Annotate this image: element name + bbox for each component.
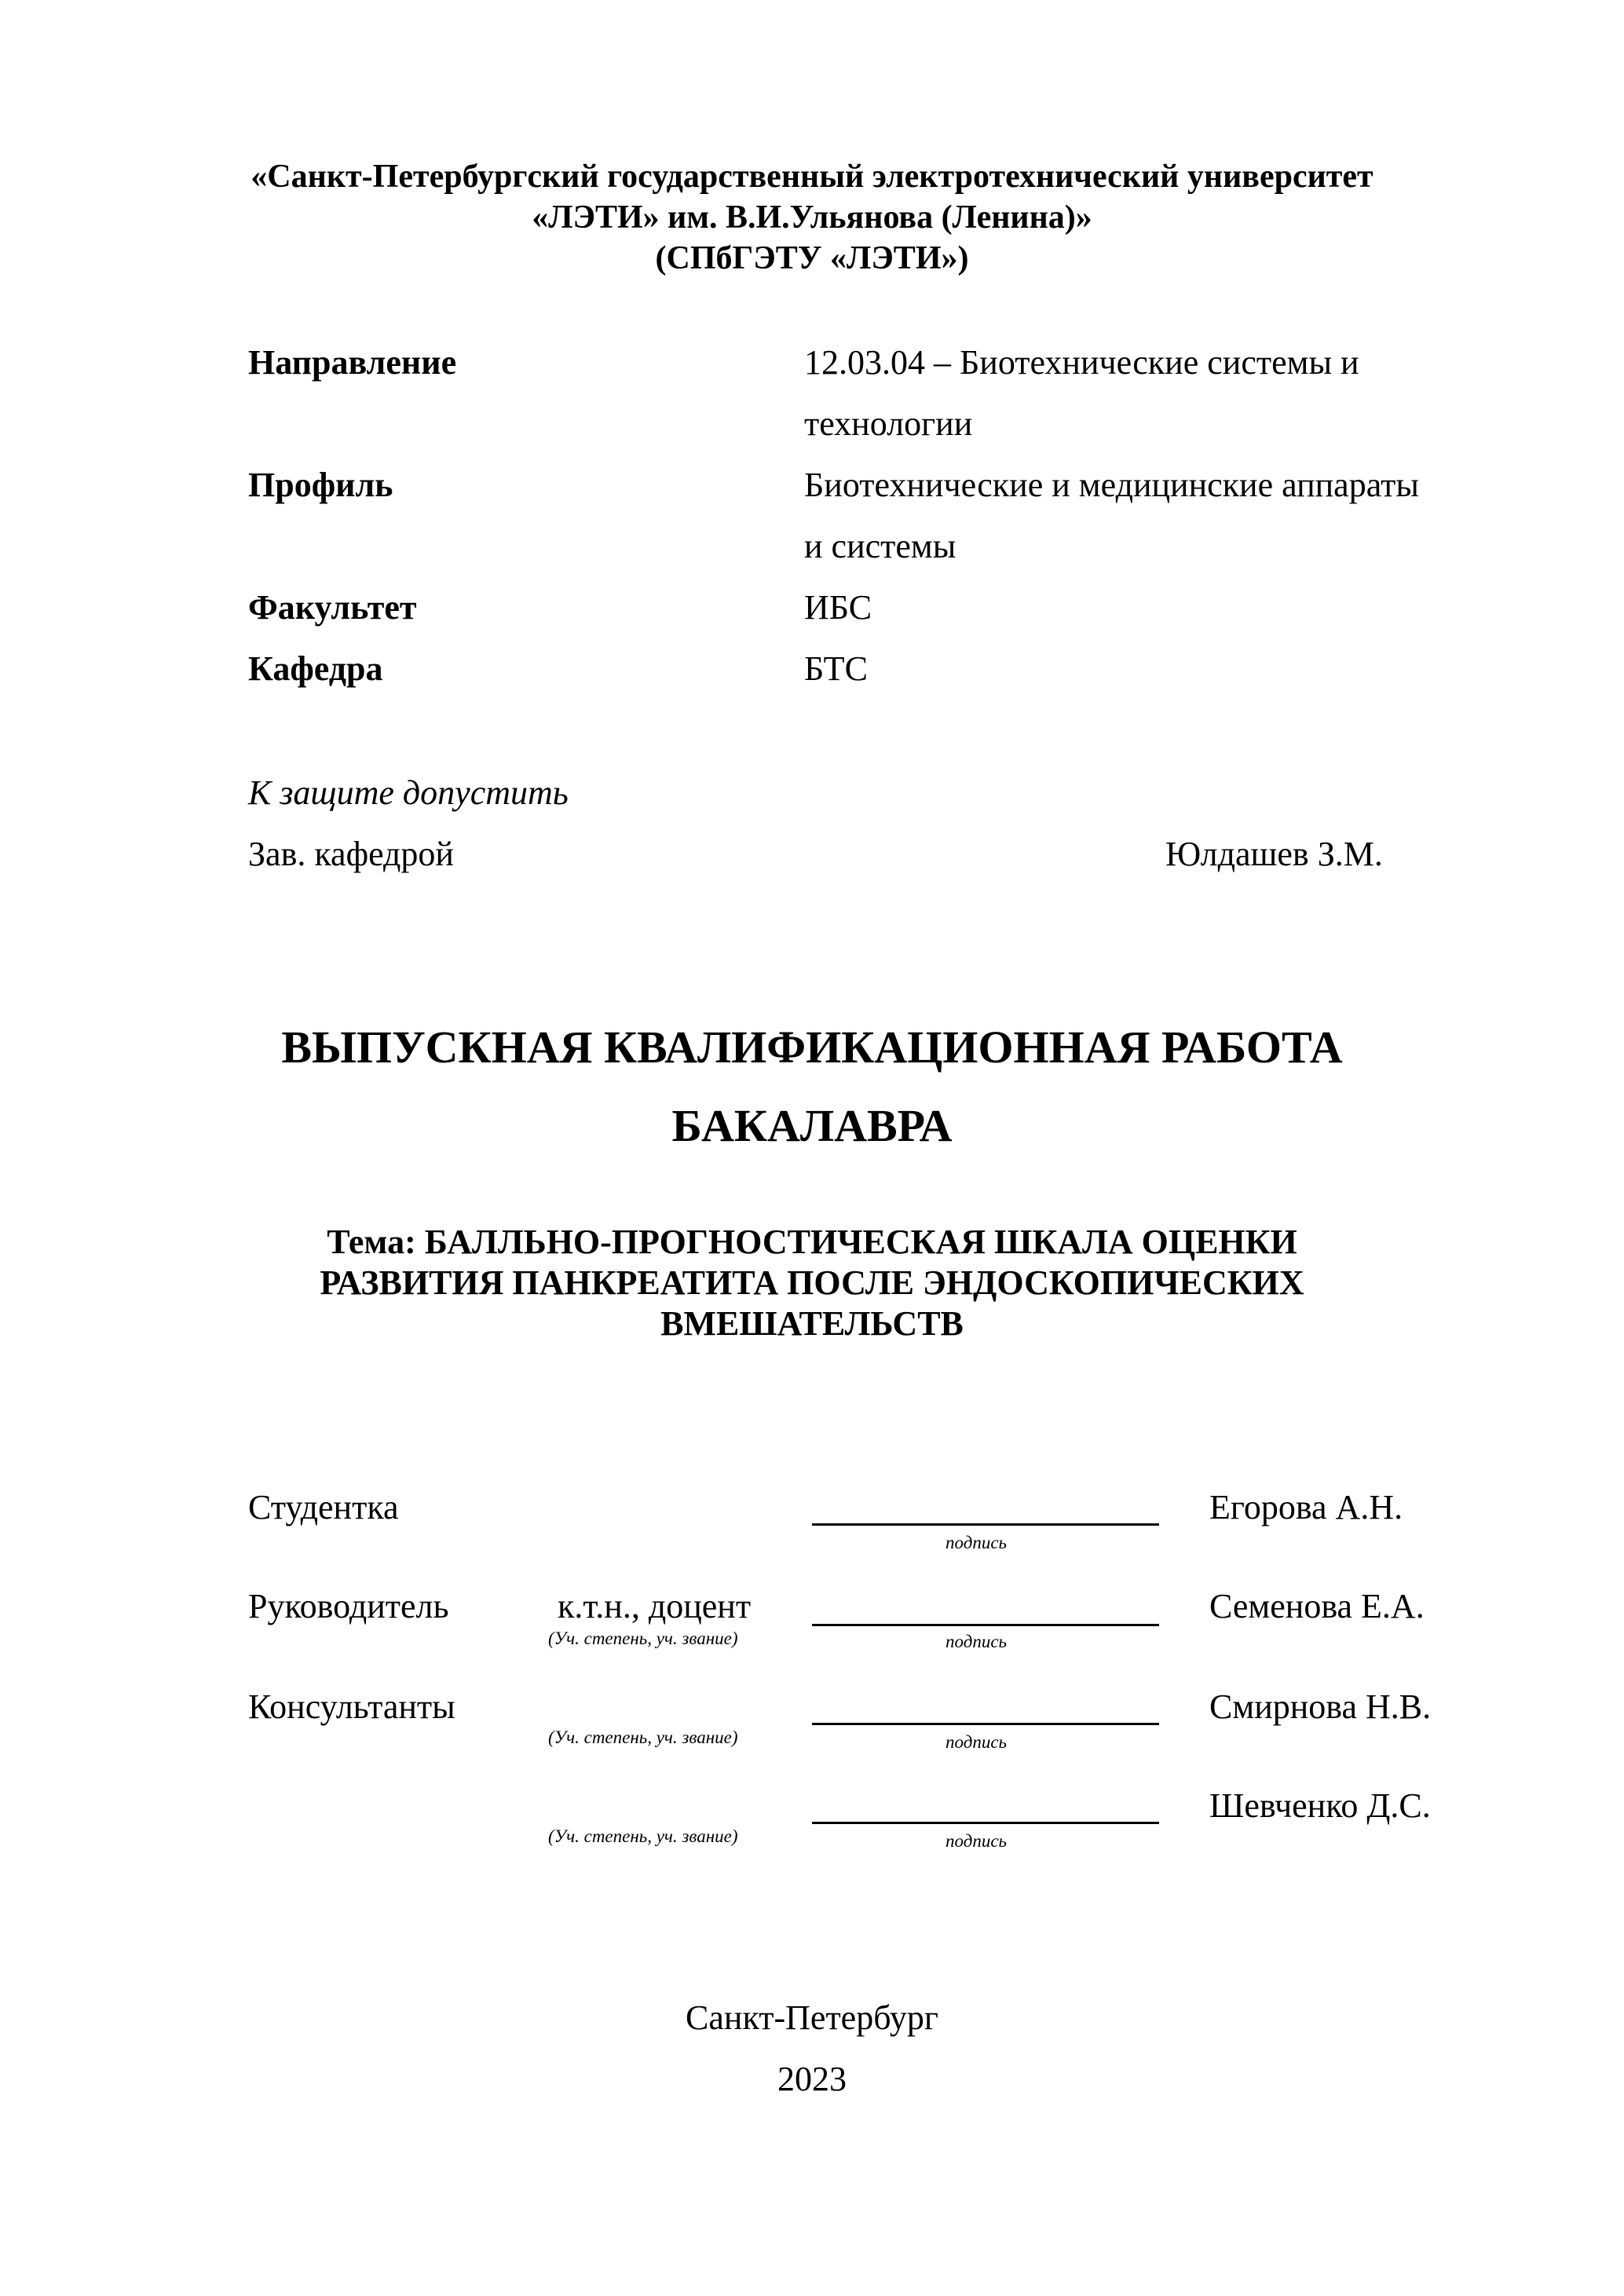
student-signature-line	[812, 1523, 1159, 1526]
supervisor-degree-caption: (Уч. степень, уч. звание)	[548, 1629, 737, 1649]
document-title-line1: ВЫПУСКНАЯ КВАЛИФИКАЦИОННАЯ РАБОТА	[0, 1021, 1624, 1073]
faculty-label: Факультет	[248, 587, 416, 627]
university-name-line2: «ЛЭТИ» им. В.И.Ульянова (Ленина)»	[0, 198, 1624, 237]
faculty-value: ИБС	[804, 587, 872, 627]
admit-to-defense: К защите допустить	[248, 773, 569, 813]
topic-line2: РАЗВИТИЯ ПАНКРЕАТИТА ПОСЛЕ ЭНДОСКОПИЧЕСК…	[0, 1263, 1624, 1303]
consultant1-degree-caption: (Уч. степень, уч. звание)	[548, 1727, 737, 1748]
profile-label: Профиль	[248, 465, 393, 505]
department-label: Кафедра	[248, 649, 382, 689]
document-title-line2: БАКАЛАВРА	[0, 1099, 1624, 1152]
consultant2-signature-line	[812, 1822, 1159, 1824]
consultant1-name: Смирнова Н.В.	[1209, 1687, 1431, 1727]
topic-line3: ВМЕШАТЕЛЬСТВ	[0, 1303, 1624, 1344]
supervisor-degree: к.т.н., доцент	[558, 1586, 751, 1626]
year: 2023	[0, 2059, 1624, 2099]
consultant2-signature-caption: подпись	[946, 1831, 1007, 1852]
student-role: Студентка	[248, 1487, 399, 1527]
direction-label: Направление	[248, 342, 456, 382]
student-name: Егорова А.Н.	[1209, 1487, 1403, 1527]
direction-value-line2: технологии	[804, 404, 972, 444]
city: Санкт-Петербург	[0, 1998, 1624, 2038]
consultant1-signature-line	[812, 1723, 1159, 1725]
head-of-department-name: Юлдашев З.М.	[1165, 834, 1383, 874]
supervisor-signature-line	[812, 1624, 1159, 1626]
topic-line1: Тема: БАЛЛЬНО-ПРОГНОСТИЧЕСКАЯ ШКАЛА ОЦЕН…	[0, 1222, 1624, 1263]
profile-value-line2: и системы	[804, 526, 956, 566]
supervisor-role: Руководитель	[248, 1586, 449, 1626]
university-name-line1: «Санкт-Петербургский государственный эле…	[0, 157, 1624, 196]
supervisor-name: Семенова Е.А.	[1209, 1586, 1425, 1626]
profile-value-line1: Биотехнические и медицинские аппараты	[804, 465, 1419, 505]
consultants-role: Консультанты	[248, 1687, 455, 1727]
consultant2-degree-caption: (Уч. степень, уч. звание)	[548, 1826, 737, 1847]
department-value: БТС	[804, 649, 868, 689]
consultant1-signature-caption: подпись	[946, 1732, 1007, 1753]
direction-value-line1: 12.03.04 – Биотехнические системы и	[804, 342, 1359, 382]
university-abbreviation: (СПбГЭТУ «ЛЭТИ»)	[0, 239, 1624, 278]
head-of-department-label: Зав. кафедрой	[248, 834, 454, 874]
student-signature-caption: подпись	[946, 1533, 1007, 1553]
supervisor-signature-caption: подпись	[946, 1632, 1007, 1652]
consultant2-name: Шевченко Д.С.	[1209, 1786, 1431, 1826]
